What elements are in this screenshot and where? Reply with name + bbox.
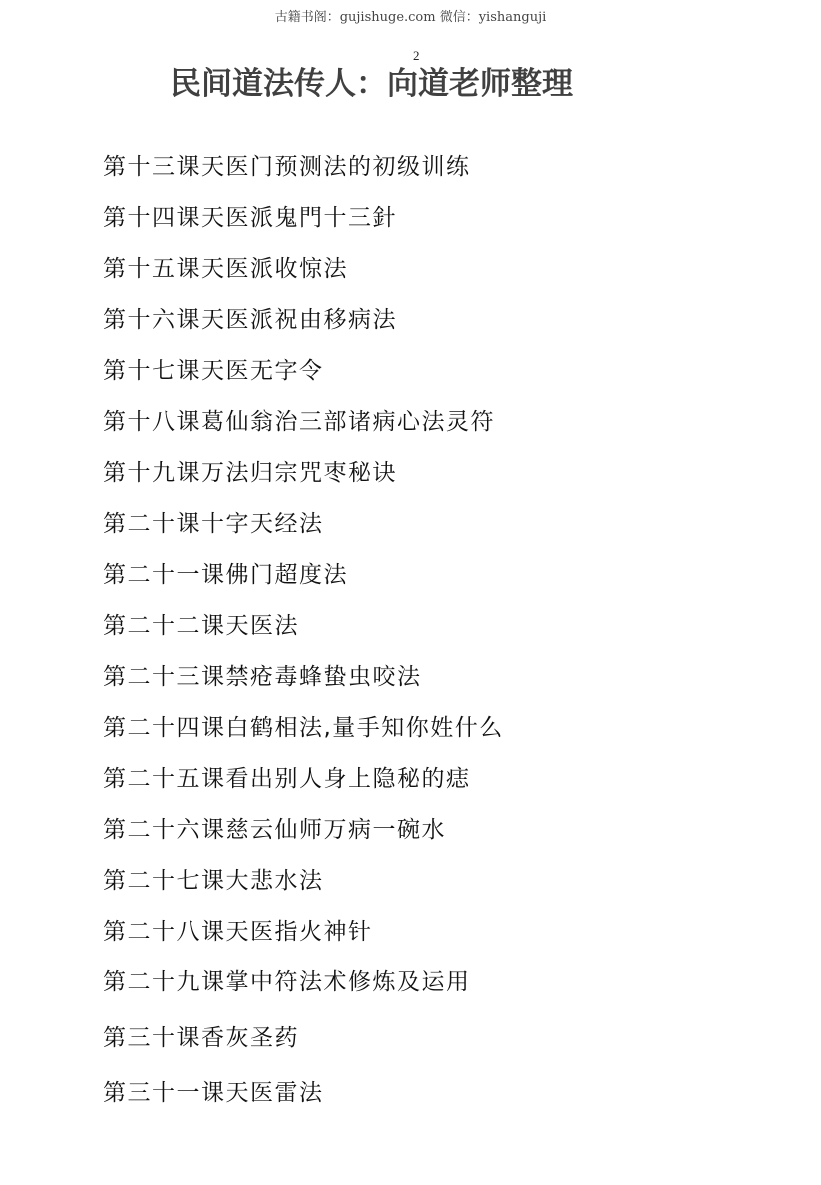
lesson-item: 第十四课天医派鬼門十三針 [103, 199, 397, 232]
lesson-item: 第二十五课看出别人身上隐秘的痣 [103, 760, 471, 793]
lesson-item: 第二十六课慈云仙师万病一碗水 [103, 811, 446, 844]
lesson-item: 第十五课天医派收惊法 [103, 250, 348, 283]
lesson-item: 第十九课万法归宗咒枣秘诀 [103, 454, 397, 487]
page-title: 民间道法传人：向道老师整理 [170, 58, 573, 103]
lesson-item: 第三十一课天医雷法 [103, 1074, 324, 1107]
lesson-item: 第十八课葛仙翁治三部诸病心法灵符 [103, 403, 495, 436]
lesson-item: 第二十八课天医指火神针 [103, 913, 373, 946]
lesson-item: 第二十七课大悲水法 [103, 862, 324, 895]
lesson-item: 第二十九课掌中符法术修炼及运用 [103, 963, 471, 996]
lesson-item: 第二十课十字天经法 [103, 505, 324, 538]
lesson-item: 第二十一课佛门超度法 [103, 556, 348, 589]
header-watermark: 古籍书阁：gujishuge.com 微信：yishanguji [0, 6, 821, 25]
lesson-item: 第三十课香灰圣药 [103, 1019, 299, 1052]
lesson-item: 第二十二课天医法 [103, 607, 299, 640]
lesson-item: 第十六课天医派祝由移病法 [103, 301, 397, 334]
lesson-item: 第二十三课禁疮毒蜂蛰虫咬法 [103, 658, 422, 691]
lesson-item: 第十七课天医无字令 [103, 352, 324, 385]
lesson-item: 第十三课天医门预测法的初级训练 [103, 148, 471, 181]
lesson-item: 第二十四课白鹤相法,量手知你姓什么 [103, 709, 504, 742]
